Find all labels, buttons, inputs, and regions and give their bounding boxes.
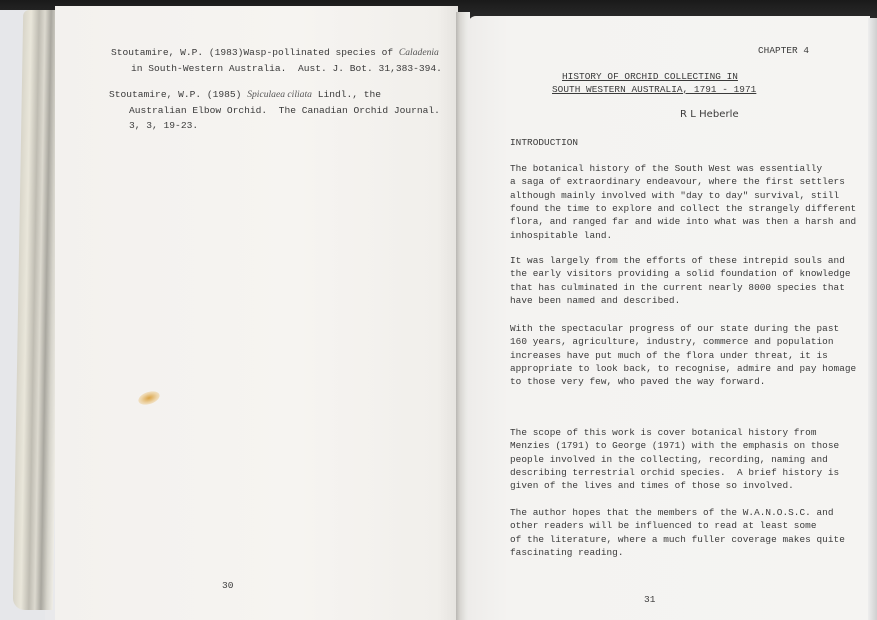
paragraph-line: It was largely from the efforts of these… — [510, 254, 845, 267]
paragraph-line: given of the lives and times of those so… — [510, 479, 794, 492]
reference-text: Stoutamire, W.P. (1985) — [109, 89, 247, 100]
page-edge — [868, 18, 877, 620]
paragraph-line: 160 years, agriculture, industry, commer… — [510, 335, 834, 348]
paragraph-line: flora, and ranged far and wide into what… — [510, 215, 856, 228]
paragraph-line: have been named and described. — [510, 294, 680, 307]
paragraph-line: The author hopes that the members of the… — [510, 506, 834, 519]
reference-species: Spiculaea ciliata — [247, 89, 312, 100]
paragraph-line: other readers will be influenced to read… — [510, 519, 817, 532]
reference-text: Lindl., the — [312, 89, 381, 100]
page-number: 31 — [644, 594, 655, 605]
chapter-label: CHAPTER 4 — [758, 44, 809, 57]
paragraph-line: Menzies (1791) to George (1971) with the… — [510, 439, 839, 452]
reference-continuation: 3, 3, 19-23. — [129, 119, 198, 133]
reference-continuation: in South-Western Australia. Aust. J. Bot… — [131, 62, 442, 76]
paragraph-line: describing terrestrial orchid species. A… — [510, 466, 839, 479]
paragraph-line: fascinating reading. — [510, 546, 624, 559]
chapter-title-line-1: HISTORY OF ORCHID COLLECTING IN — [562, 70, 738, 83]
paragraph-line: With the spectacular progress of our sta… — [510, 322, 839, 335]
reference-genus: Caladenia — [399, 47, 439, 58]
right-page: CHAPTER 4 HISTORY OF ORCHID COLLECTING I… — [468, 16, 870, 620]
author-name: R L Heberle — [680, 108, 739, 121]
paragraph-line: The scope of this work is cover botanica… — [510, 426, 817, 439]
paragraph-line: a saga of extraordinary endeavour, where… — [510, 175, 845, 188]
reference-text: Stoutamire, W.P. (1983)Wasp-pollinated s… — [111, 47, 399, 58]
paragraph-line: to those very few, who paved the way for… — [510, 375, 765, 388]
chapter-title-line-2: SOUTH WESTERN AUSTRALIA, 1791 - 1971 — [552, 83, 756, 96]
section-heading: INTRODUCTION — [510, 136, 578, 149]
paragraph-line: people involved in the collecting, recor… — [510, 453, 828, 466]
paragraph-line: inhospitable land. — [510, 229, 612, 242]
reference-entry: Stoutamire, W.P. (1983)Wasp-pollinated s… — [111, 46, 439, 60]
paper-stain — [137, 389, 162, 407]
left-page: Stoutamire, W.P. (1983)Wasp-pollinated s… — [55, 6, 458, 620]
paragraph-line: appropriate to look back, to recognise, … — [510, 362, 856, 375]
paragraph-line: of the literature, where a much fuller c… — [510, 533, 845, 546]
paragraph-line: although mainly involved with "day to da… — [510, 189, 839, 202]
paragraph-line: increases have put much of the flora und… — [510, 349, 828, 362]
paragraph-line: The botanical history of the South West … — [510, 162, 822, 175]
paragraph-line: found the time to explore and collect th… — [510, 202, 856, 215]
reference-entry: Stoutamire, W.P. (1985) Spiculaea ciliat… — [109, 88, 381, 102]
reference-continuation: Australian Elbow Orchid. The Canadian Or… — [129, 104, 440, 118]
paragraph-line: the early visitors providing a solid fou… — [510, 267, 851, 280]
paragraph-line: that has culminated in the current nearl… — [510, 281, 845, 294]
page-number: 30 — [222, 580, 233, 591]
